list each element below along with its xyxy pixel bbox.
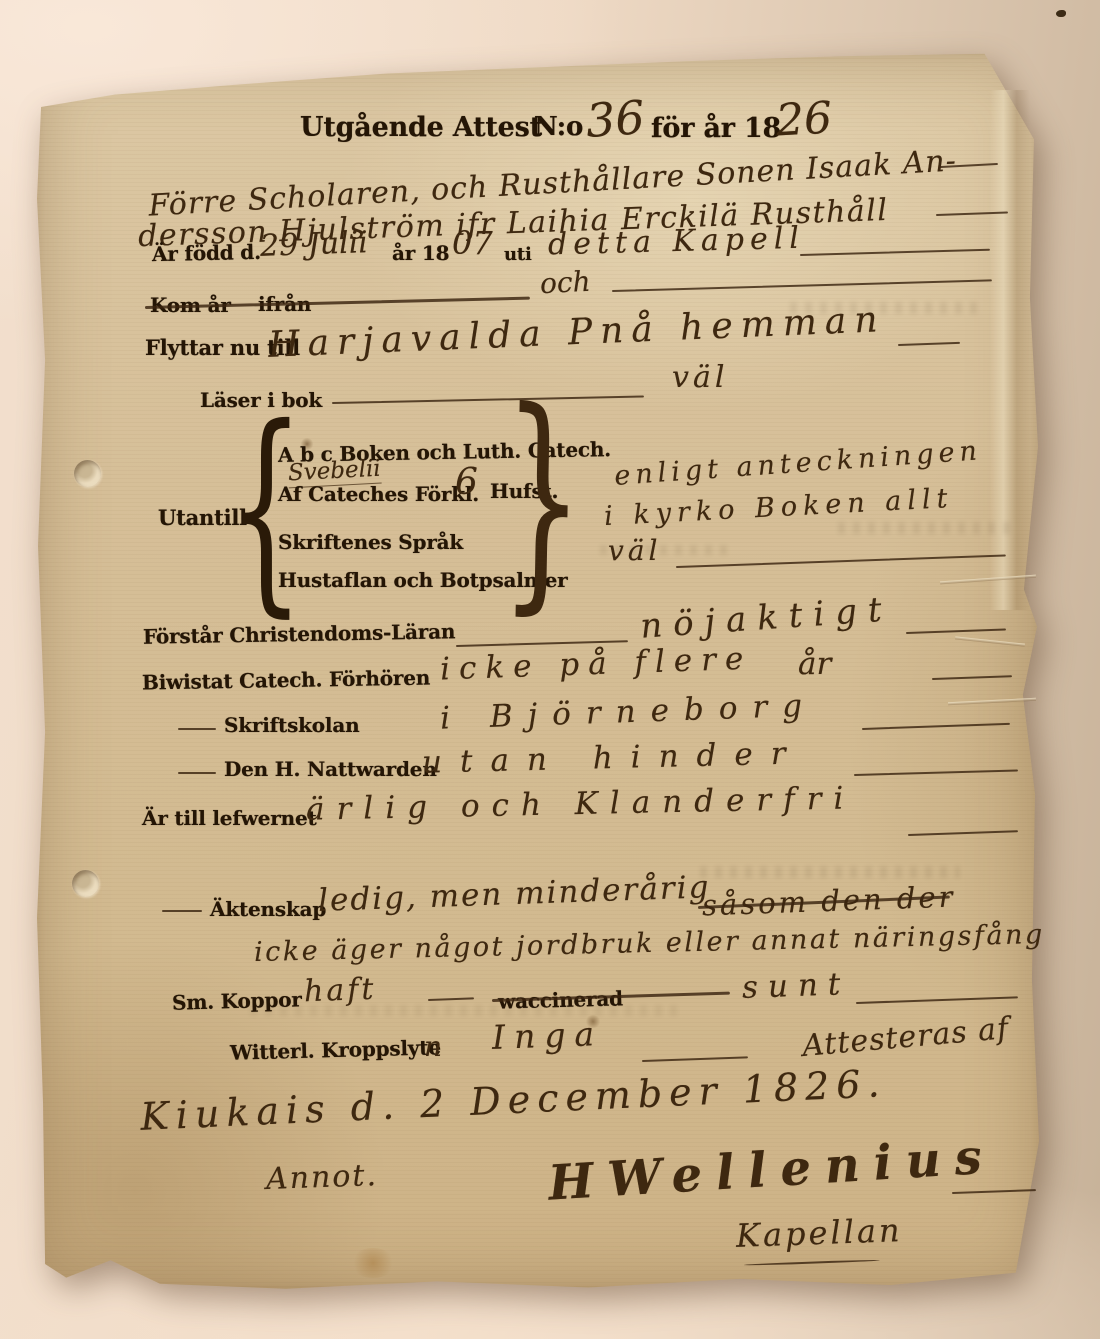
right-brace-glyph: } <box>500 401 586 598</box>
ink-dash <box>178 772 216 774</box>
biwistat-label: Biwistat Catech. Förhören <box>142 665 431 694</box>
title-printed-part1: Utgående Attest <box>300 112 542 143</box>
laser-value: väl <box>672 360 728 395</box>
utantill-chapter-count: 6 <box>455 462 478 503</box>
kom-handwritten-och: och <box>539 265 591 301</box>
koppor-haft: haft <box>303 972 377 1010</box>
born-label: Är född d. <box>152 240 261 266</box>
utantill-item2: Af Cateches Förkl. <box>278 482 479 506</box>
aktenskap-label: Äktenskap <box>210 897 326 921</box>
utantill-item3: Skriftenes Språk <box>278 530 463 554</box>
kroppslyten-n-suffix: n <box>424 1030 442 1063</box>
born-uti-label: uti <box>504 244 532 265</box>
ink-dash <box>178 728 216 730</box>
title-printed-part2: för år 18 <box>651 113 781 144</box>
punch-hole-bottom <box>72 870 99 897</box>
born-year-prefix: år 18 <box>392 241 449 265</box>
koppor-label: Sm. Koppor <box>172 987 302 1014</box>
biwistat-value2: år <box>798 646 831 682</box>
photo-backdrop: Utgående Attest N:o 36 för år 18 26 Förr… <box>0 0 1100 1339</box>
born-year: 07 <box>452 224 493 262</box>
utantill-note-line3: väl <box>608 534 661 567</box>
title-number-handwritten: 36 <box>584 90 646 148</box>
title-no-label: N:o <box>534 112 583 142</box>
kroppslyten-value: Inga <box>491 1014 603 1057</box>
born-day: 29 Julii <box>259 225 368 264</box>
skriftskolan-label: Skriftskolan <box>224 713 359 737</box>
born-value: detta Kapell <box>548 221 806 263</box>
lefwernet-label: Är till lefwernet <box>142 806 317 830</box>
annot-text: Annot. <box>265 1158 378 1197</box>
punch-hole-top <box>74 460 101 487</box>
dust-speck <box>1056 10 1066 17</box>
title-year-handwritten: 26 <box>775 93 834 147</box>
ink-dash <box>162 910 202 912</box>
nattwarden-label: Den H. Nattwarden <box>224 757 437 781</box>
koppor-value: sunt <box>741 966 850 1006</box>
signature-title: Kapellan <box>735 1211 903 1255</box>
